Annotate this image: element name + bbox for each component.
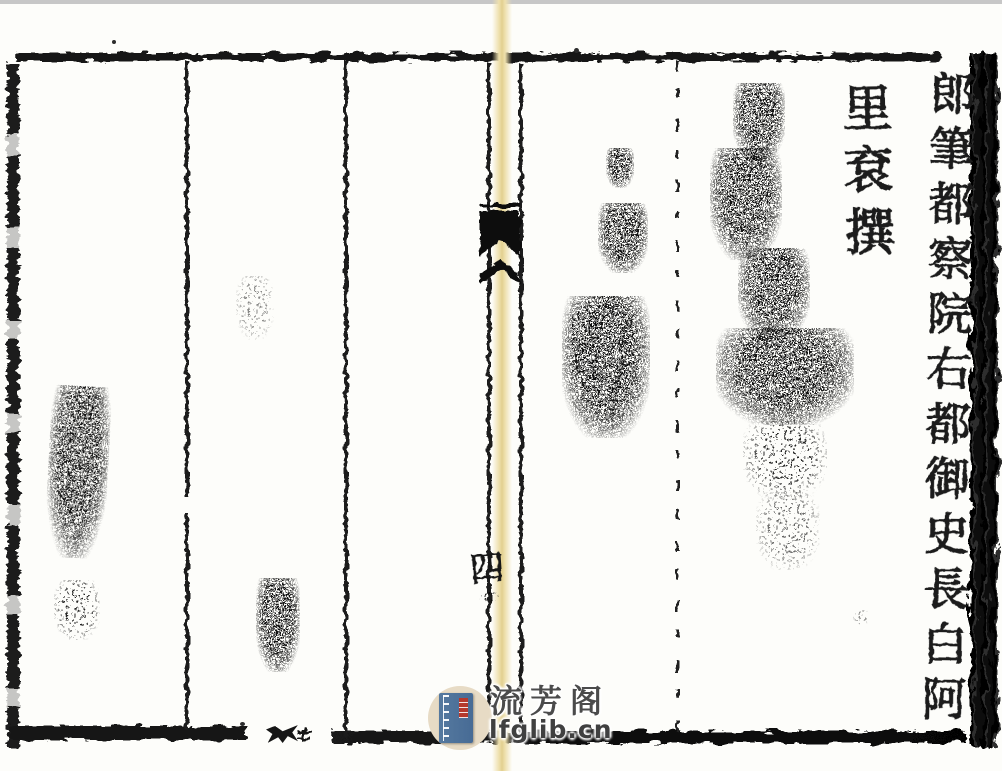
book-binding-stitches: [443, 695, 449, 741]
ink-smudge-column-3: [738, 248, 810, 340]
page-frame-bottom-border-right: [332, 731, 966, 743]
page-frame-left-border: [7, 64, 19, 748]
watermark-site-name: 流芳阁: [490, 684, 610, 719]
page-number-smudge: [479, 592, 499, 602]
fishtail-mark-icon: [479, 203, 521, 287]
ink-stroke-bar-1: [572, 310, 580, 372]
fold-rule-right: [519, 63, 523, 737]
book-title-label: [458, 697, 469, 719]
center-fold-crease: [492, 0, 512, 771]
ink-smudge-column-4: [716, 328, 854, 425]
scan-speck-3: [240, 722, 245, 726]
attribution-column-outer: 郎筆都察院右都御史長白阿: [888, 70, 971, 739]
ink-smudge-column-5: [743, 418, 827, 500]
ink-smudge-left-4: [256, 578, 300, 672]
column-rule-3-dashed: [676, 60, 679, 738]
fold-rule-left: [487, 62, 491, 730]
attribution-column-inner: 里袞撰: [816, 81, 892, 292]
bottom-small-mark: [297, 726, 311, 741]
ink-stroke-bar-2: [589, 316, 599, 390]
ink-smudge-left-2: [54, 580, 100, 640]
fishtail-top-bar: [480, 203, 520, 207]
column-rule-1: [185, 60, 189, 730]
page-number: 四: [469, 551, 505, 587]
ink-splat-bottom: [266, 725, 298, 743]
ink-smudge-left-1: [44, 385, 113, 560]
ink-smudge-column-6: [756, 492, 820, 570]
fishtail-chevron: [480, 259, 520, 285]
page-frame-bottom-border-left: [10, 726, 246, 740]
scan-speck-1: [112, 40, 116, 44]
fishtail-block: [480, 211, 520, 257]
column-rule-2: [344, 60, 348, 738]
ink-smudge-right-1: [606, 148, 634, 188]
scan-speck-2: [574, 48, 579, 53]
ink-smudge-right-2: [598, 203, 648, 273]
scanned-book-page: 四 郎筆都察院右都御史長白阿 里袞撰 流芳阁 lfglib.cn: [0, 0, 1002, 771]
watermark-site-domain: lfglib.cn: [489, 716, 613, 744]
ink-smudge-left-3: [236, 276, 274, 340]
column-rule-1-break: [180, 497, 194, 513]
watermark-badge: [428, 686, 492, 750]
page-frame-top-border: [16, 53, 942, 61]
ink-smudge-column-2: [710, 148, 782, 260]
ink-speck-right: [853, 610, 869, 626]
thread-bound-book-icon: [439, 693, 473, 743]
